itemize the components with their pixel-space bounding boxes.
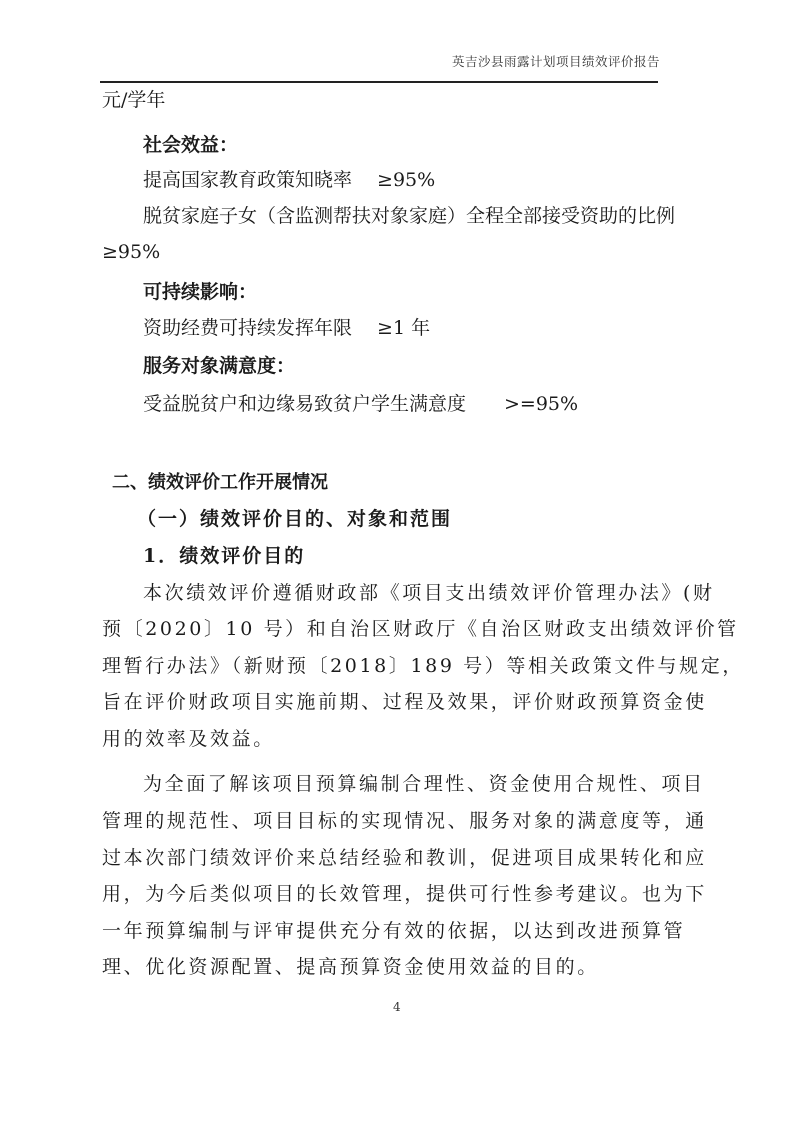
- sustainability-heading: 可持续影响：: [143, 280, 257, 304]
- paragraph-line: 用，为今后类似项目的长效管理，提供可行性参考建议。也为下: [102, 882, 707, 906]
- paragraph-line: 用的效率及效益。: [102, 727, 275, 751]
- social-benefit-item-continued: ≥95%: [102, 240, 160, 264]
- paragraph-line: 一年预算编制与评审提供充分有效的依据，以达到改进预算管: [102, 919, 685, 943]
- social-benefit-heading: 社会效益：: [143, 133, 238, 157]
- paragraph-line: 为全面了解该项目预算编制合理性、资金使用合规性、项目: [143, 772, 705, 796]
- header-title: 英吉沙县雨露计划项目绩效评价报告: [452, 52, 660, 70]
- subsection-heading: （一）绩效评价目的、对象和范围: [137, 507, 452, 531]
- paragraph-line: 过本次部门绩效评价来总结经验和教训，促进项目成果转化和应: [102, 846, 707, 870]
- social-benefit-item: 脱贫家庭子女（含监测帮扶对象家庭）全程全部接受资助的比例: [143, 204, 675, 228]
- section-heading: 二、绩效评价工作开展情况: [112, 471, 328, 495]
- sustainability-item: 资助经费可持续发挥年限 ≥1 年: [143, 316, 430, 340]
- satisfaction-item: 受益脱贫户和边缘易致贫户学生满意度 >=95%: [143, 392, 578, 416]
- paragraph-line: 预〔2020〕10 号）和自治区财政厅《自治区财政支出绩效评价管: [102, 617, 739, 641]
- header-divider: [100, 81, 658, 83]
- paragraph-line: 本次绩效评价遵循财政部《项目支出绩效评价管理办法》(财: [143, 581, 715, 605]
- social-benefit-item: 提高国家教育政策知晓率 ≥95%: [143, 168, 435, 192]
- paragraph-line: 管理的规范性、项目目标的实现情况、服务对象的满意度等，通: [102, 809, 707, 833]
- satisfaction-heading: 服务对象满意度：: [143, 354, 295, 378]
- paragraph-line: 理、优化资源配置、提高预算资金使用效益的目的。: [102, 955, 599, 979]
- paragraph-line: 旨在评价财政项目实施前期、过程及效果，评价财政预算资金使: [102, 690, 707, 714]
- sub-subsection-heading: 1．绩效评价目的: [143, 544, 305, 568]
- page-number: 4: [393, 1000, 401, 1014]
- paragraph-line: 理暂行办法》（新财预〔2018〕189 号）等相关政策文件与规定，: [102, 654, 744, 678]
- continuation-text: 元/学年: [102, 88, 165, 112]
